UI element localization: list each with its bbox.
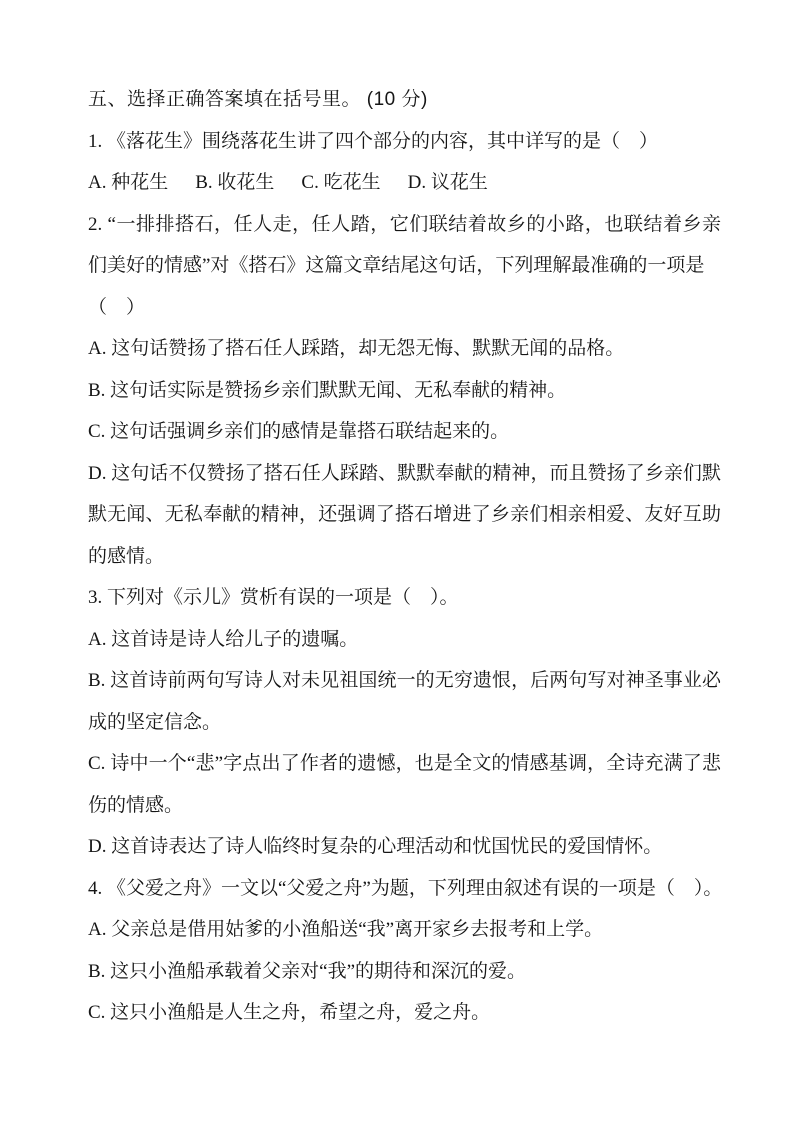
question-3-option-d: D. 这首诗表达了诗人临终时复杂的心理活动和忧国忧民的爱国情怀。 — [88, 826, 721, 868]
question-1-stem: 1. 《落花生》围绕落花生讲了四个部分的内容，其中详写的是（ ） — [88, 121, 721, 163]
question-2-stem: 2. “一排排搭石，任人走，任人踏，它们联结着故乡的小路，也联结着乡亲们美好的情… — [88, 204, 721, 287]
question-2-option-d: D. 这句话不仅赞扬了搭石任人踩踏、默默奉献的精神，而且赞扬了乡亲们默默无闻、无… — [88, 453, 721, 578]
question-4-stem: 4. 《父爱之舟》一文以“父爱之舟”为题，下列理由叙述有误的一项是（ ）。 — [88, 868, 721, 910]
question-3-option-a: A. 这首诗是诗人给儿子的遗嘱。 — [88, 619, 721, 661]
question-2-option-b: B. 这句话实际是赞扬乡亲们默默无闻、无私奉献的精神。 — [88, 370, 721, 412]
question-1-option-b: B. 收花生 — [195, 162, 274, 204]
question-2-option-c: C. 这句话强调乡亲们的感情是靠搭石联结起来的。 — [88, 411, 721, 453]
question-3-option-c: C. 诗中一个“悲”字点出了作者的遗憾，也是全文的情感基调，全诗充满了悲伤的情感… — [88, 743, 721, 826]
question-2-option-a: A. 这句话赞扬了搭石任人踩踏，却无怨无悔、默默无闻的品格。 — [88, 328, 721, 370]
question-4-option-b: B. 这只小渔船承载着父亲对“我”的期待和深沉的爱。 — [88, 951, 721, 993]
question-2-answer-blank: （ ） — [88, 287, 721, 329]
question-4-option-c: C. 这只小渔船是人生之舟，希望之舟，爱之舟。 — [88, 992, 721, 1034]
question-4-option-a: A. 父亲总是借用姑爹的小渔船送“我”离开家乡去报考和上学。 — [88, 909, 721, 951]
question-1-option-a: A. 种花生 — [88, 162, 168, 204]
question-1-options-row: A. 种花生 B. 收花生 C. 吃花生 D. 议花生 — [88, 162, 721, 204]
exam-document-page: 五、选择正确答案填在括号里。 (10 分) 1. 《落花生》围绕落花生讲了四个部… — [0, 0, 793, 1122]
question-1-option-c: C. 吃花生 — [301, 162, 380, 204]
question-3-stem: 3. 下列对《示儿》赏析有误的一项是（ ）。 — [88, 577, 721, 619]
question-1-option-d: D. 议花生 — [408, 162, 488, 204]
section-heading: 五、选择正确答案填在括号里。 (10 分) — [88, 79, 721, 121]
question-3-option-b: B. 这首诗前两句写诗人对未见祖国统一的无穷遗恨，后两句写对神圣事业必成的坚定信… — [88, 660, 721, 743]
